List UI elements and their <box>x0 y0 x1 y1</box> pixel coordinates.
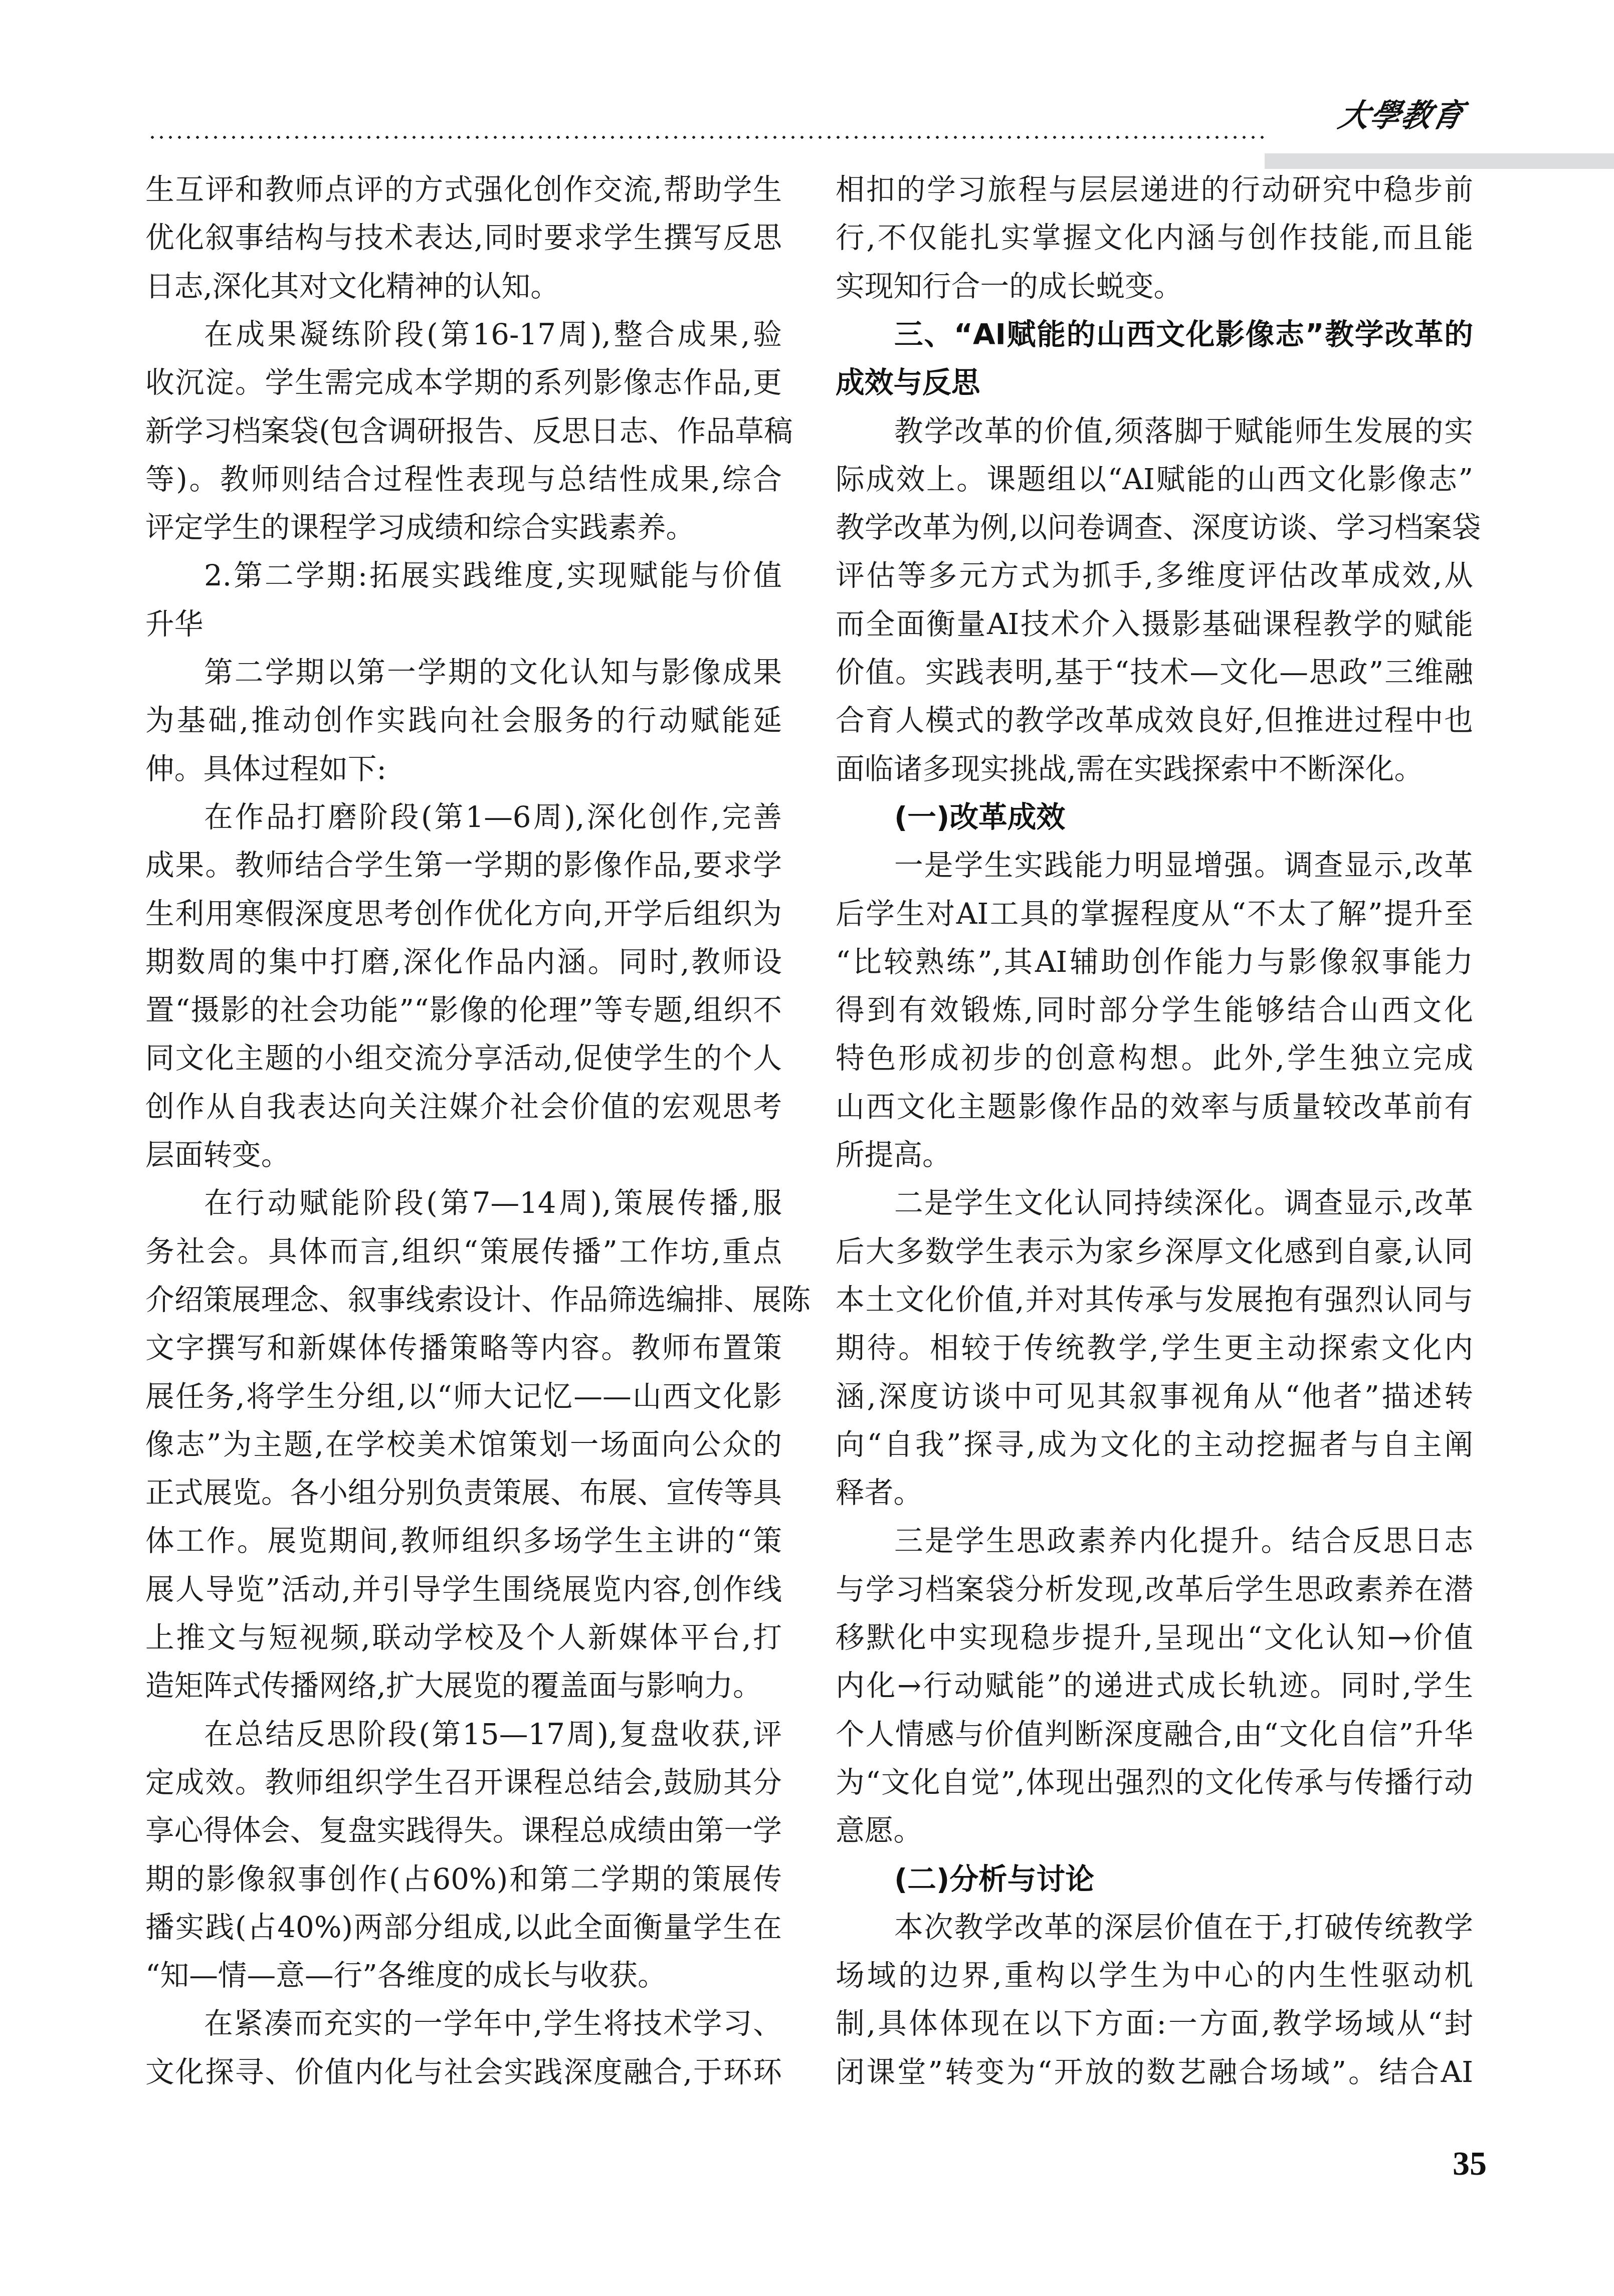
text-line: 为基础,推动创作实践向社会服务的行动赋能延 <box>145 696 782 744</box>
text-line: 日志,深化其对文化精神的认知。 <box>145 262 782 310</box>
text-line: 内化→行动赋能”的递进式成长轨迹。同时,学生 <box>836 1661 1473 1710</box>
text-line: 行,不仅能扎实掌握文化内涵与创作技能,而且能 <box>836 214 1473 262</box>
subsection-heading: (二)分析与讨论 <box>836 1855 1473 1903</box>
text-line: 合育人模式的教学改革成效良好,但推进过程中也 <box>836 696 1473 744</box>
text-line: 所提高。 <box>836 1131 1473 1179</box>
text-line: 评估等多元方式为抓手,多维度评估改革成效,从 <box>836 551 1473 599</box>
text-line: 而全面衡量AI技术介入摄影基础课程教学的赋能 <box>836 600 1473 648</box>
paragraph-first-line: 教学改革的价值,须落脚于赋能师生发展的实 <box>836 407 1473 455</box>
section-heading-line: 成效与反思 <box>836 358 1473 406</box>
text-line: 涵,深度访谈中可见其叙事视角从“他者”描述转 <box>836 1372 1473 1420</box>
text-line: 等)。教师则结合过程性表现与总结性成果,综合 <box>145 455 782 503</box>
paragraph-first-line: 第二学期以第一学期的文化认知与影像成果 <box>145 648 782 696</box>
paragraph-first-line: 本次教学改革的深层价值在于,打破传统教学 <box>836 1903 1473 1951</box>
text-line: 展人导览”活动,并引导学生围绕展览内容,创作线 <box>145 1565 782 1613</box>
paragraph-first-line: 三是学生思政素养内化提升。结合反思日志 <box>836 1517 1473 1565</box>
text-line: 置“摄影的社会功能”“影像的伦理”等专题,组织不 <box>145 986 782 1034</box>
paragraph-first-line: 在总结反思阶段(第15—17周),复盘收获,评 <box>145 1710 782 1758</box>
text-line: 面临诸多现实挑战,需在实践探索中不断深化。 <box>836 745 1473 793</box>
text-line: 场域的边界,重构以学生为中心的内生性驱动机 <box>836 1951 1473 1999</box>
text-line: 成果。教师结合学生第一学期的影像作品,要求学 <box>145 841 782 889</box>
text-line: 体工作。展览期间,教师组织多场学生主讲的“策 <box>145 1517 782 1565</box>
paragraph-first-line: 二是学生文化认同持续深化。调查显示,改革 <box>836 1179 1473 1227</box>
text-line: 期待。相较于传统教学,学生更主动探索文化内 <box>836 1324 1473 1372</box>
header-dotted-rule <box>148 135 1265 139</box>
paragraph-first-line: 在行动赋能阶段(第7—14周),策展传播,服 <box>145 1179 782 1227</box>
text-line: 与学习档案袋分析发现,改革后学生思政素养在潜 <box>836 1565 1473 1613</box>
text-line: 向“自我”探寻,成为文化的主动挖掘者与自主阐 <box>836 1420 1473 1469</box>
text-line: 创作从自我表达向关注媒介社会价值的宏观思考 <box>145 1083 782 1131</box>
text-line: 评定学生的课程学习成绩和综合实践素养。 <box>145 503 782 551</box>
text-line: 价值。实践表明,基于“技术—文化—思政”三维融 <box>836 648 1473 696</box>
text-line: 制,具体体现在以下方面:一方面,教学场域从“封 <box>836 1999 1473 2047</box>
text-line: 生利用寒假深度思考创作优化方向,开学后组织为 <box>145 890 782 938</box>
text-line: 务社会。具体而言,组织“策展传播”工作坊,重点 <box>145 1227 782 1276</box>
text-line: 展任务,将学生分组,以“师大记忆——山西文化影 <box>145 1372 782 1420</box>
text-line: 移默化中实现稳步提升,呈现出“文化认知→价值 <box>836 1613 1473 1661</box>
text-line: 新学习档案袋(包含调研报告、反思日志、作品草稿 <box>145 407 782 455</box>
text-line: 教学改革为例,以问卷调查、深度访谈、学习档案袋 <box>836 503 1473 551</box>
text-line: 文字撰写和新媒体传播策略等内容。教师布置策 <box>145 1324 782 1372</box>
text-line: 层面转变。 <box>145 1131 782 1179</box>
text-line: 上推文与短视频,联动学校及个人新媒体平台,打 <box>145 1613 782 1661</box>
text-line: 本土文化价值,并对其传承与发展抱有强烈认同与 <box>836 1276 1473 1324</box>
text-line: 同文化主题的小组交流分享活动,促使学生的个人 <box>145 1034 782 1082</box>
text-line: 收沉淀。学生需完成本学期的系列影像志作品,更 <box>145 358 782 406</box>
paragraph-first-line: 2.第二学期:拓展实践维度,实现赋能与价值 <box>145 551 782 599</box>
text-line: 意愿。 <box>836 1806 1473 1854</box>
text-line: 期数周的集中打磨,深化作品内涵。同时,教师设 <box>145 938 782 986</box>
text-line: 优化叙事结构与技术表达,同时要求学生撰写反思 <box>145 214 782 262</box>
journal-logo: 大學教育 <box>1335 96 1444 136</box>
text-line: 特色形成初步的创意构想。此外,学生独立完成 <box>836 1034 1473 1082</box>
paragraph-first-line: 在作品打磨阶段(第1—6周),深化创作,完善 <box>145 793 782 841</box>
text-line: 生互评和教师点评的方式强化创作交流,帮助学生 <box>145 165 782 214</box>
text-line: 山西文化主题影像作品的效率与质量较改革前有 <box>836 1083 1473 1131</box>
page-number: 35 <box>1453 2146 1487 2180</box>
paragraph-first-line: 在紧凑而充实的一学年中,学生将技术学习、 <box>145 1999 782 2047</box>
text-line: “比较熟练”,其AI辅助创作能力与影像叙事能力 <box>836 938 1473 986</box>
subsection-heading: (一)改革成效 <box>836 793 1473 841</box>
text-line: 介绍策展理念、叙事线索设计、作品筛选编排、展陈 <box>145 1276 782 1324</box>
text-line: 相扣的学习旅程与层层递进的行动研究中稳步前 <box>836 165 1473 214</box>
text-line: 享心得体会、复盘实践得失。课程总成绩由第一学 <box>145 1806 782 1854</box>
text-line: 个人情感与价值判断深度融合,由“文化自信”升华 <box>836 1710 1473 1758</box>
text-line: 定成效。教师组织学生召开课程总结会,鼓励其分 <box>145 1758 782 1806</box>
text-line: 后学生对AI工具的掌握程度从“不太了解”提升至 <box>836 890 1473 938</box>
text-line: 闭课堂”转变为“开放的数艺融合场域”。结合AI <box>836 2048 1473 2096</box>
paragraph-first-line: 在成果凝练阶段(第16-17周),整合成果,验 <box>145 310 782 358</box>
text-line: 播实践(占40%)两部分组成,以此全面衡量学生在 <box>145 1903 782 1951</box>
text-line: 得到有效锻炼,同时部分学生能够结合山西文化 <box>836 986 1473 1034</box>
text-line: 伸。具体过程如下: <box>145 745 782 793</box>
text-line: 释者。 <box>836 1469 1473 1517</box>
section-heading-line: 三、“AI赋能的山西文化影像志”教学改革的 <box>836 310 1473 358</box>
paragraph-first-line: 一是学生实践能力明显增强。调查显示,改革 <box>836 841 1473 889</box>
text-line: “知—情—意—行”各维度的成长与收获。 <box>145 1951 782 1999</box>
text-line: 际成效上。课题组以“AI赋能的山西文化影像志” <box>836 455 1473 503</box>
text-line: 文化探寻、价值内化与社会实践深度融合,于环环 <box>145 2048 782 2096</box>
text-line: 像志”为主题,在学校美术馆策划一场面向公众的 <box>145 1420 782 1469</box>
text-line: 升华 <box>145 600 782 648</box>
text-line: 为“文化自觉”,体现出强烈的文化传承与传播行动 <box>836 1758 1473 1806</box>
text-line: 正式展览。各小组分别负责策展、布展、宣传等具 <box>145 1469 782 1517</box>
text-line: 实现知行合一的成长蜕变。 <box>836 262 1473 310</box>
text-line: 后大多数学生表示为家乡深厚文化感到自豪,认同 <box>836 1227 1473 1276</box>
text-line: 期的影像叙事创作(占60%)和第二学期的策展传 <box>145 1855 782 1903</box>
text-line: 造矩阵式传播网络,扩大展览的覆盖面与影响力。 <box>145 1661 782 1710</box>
